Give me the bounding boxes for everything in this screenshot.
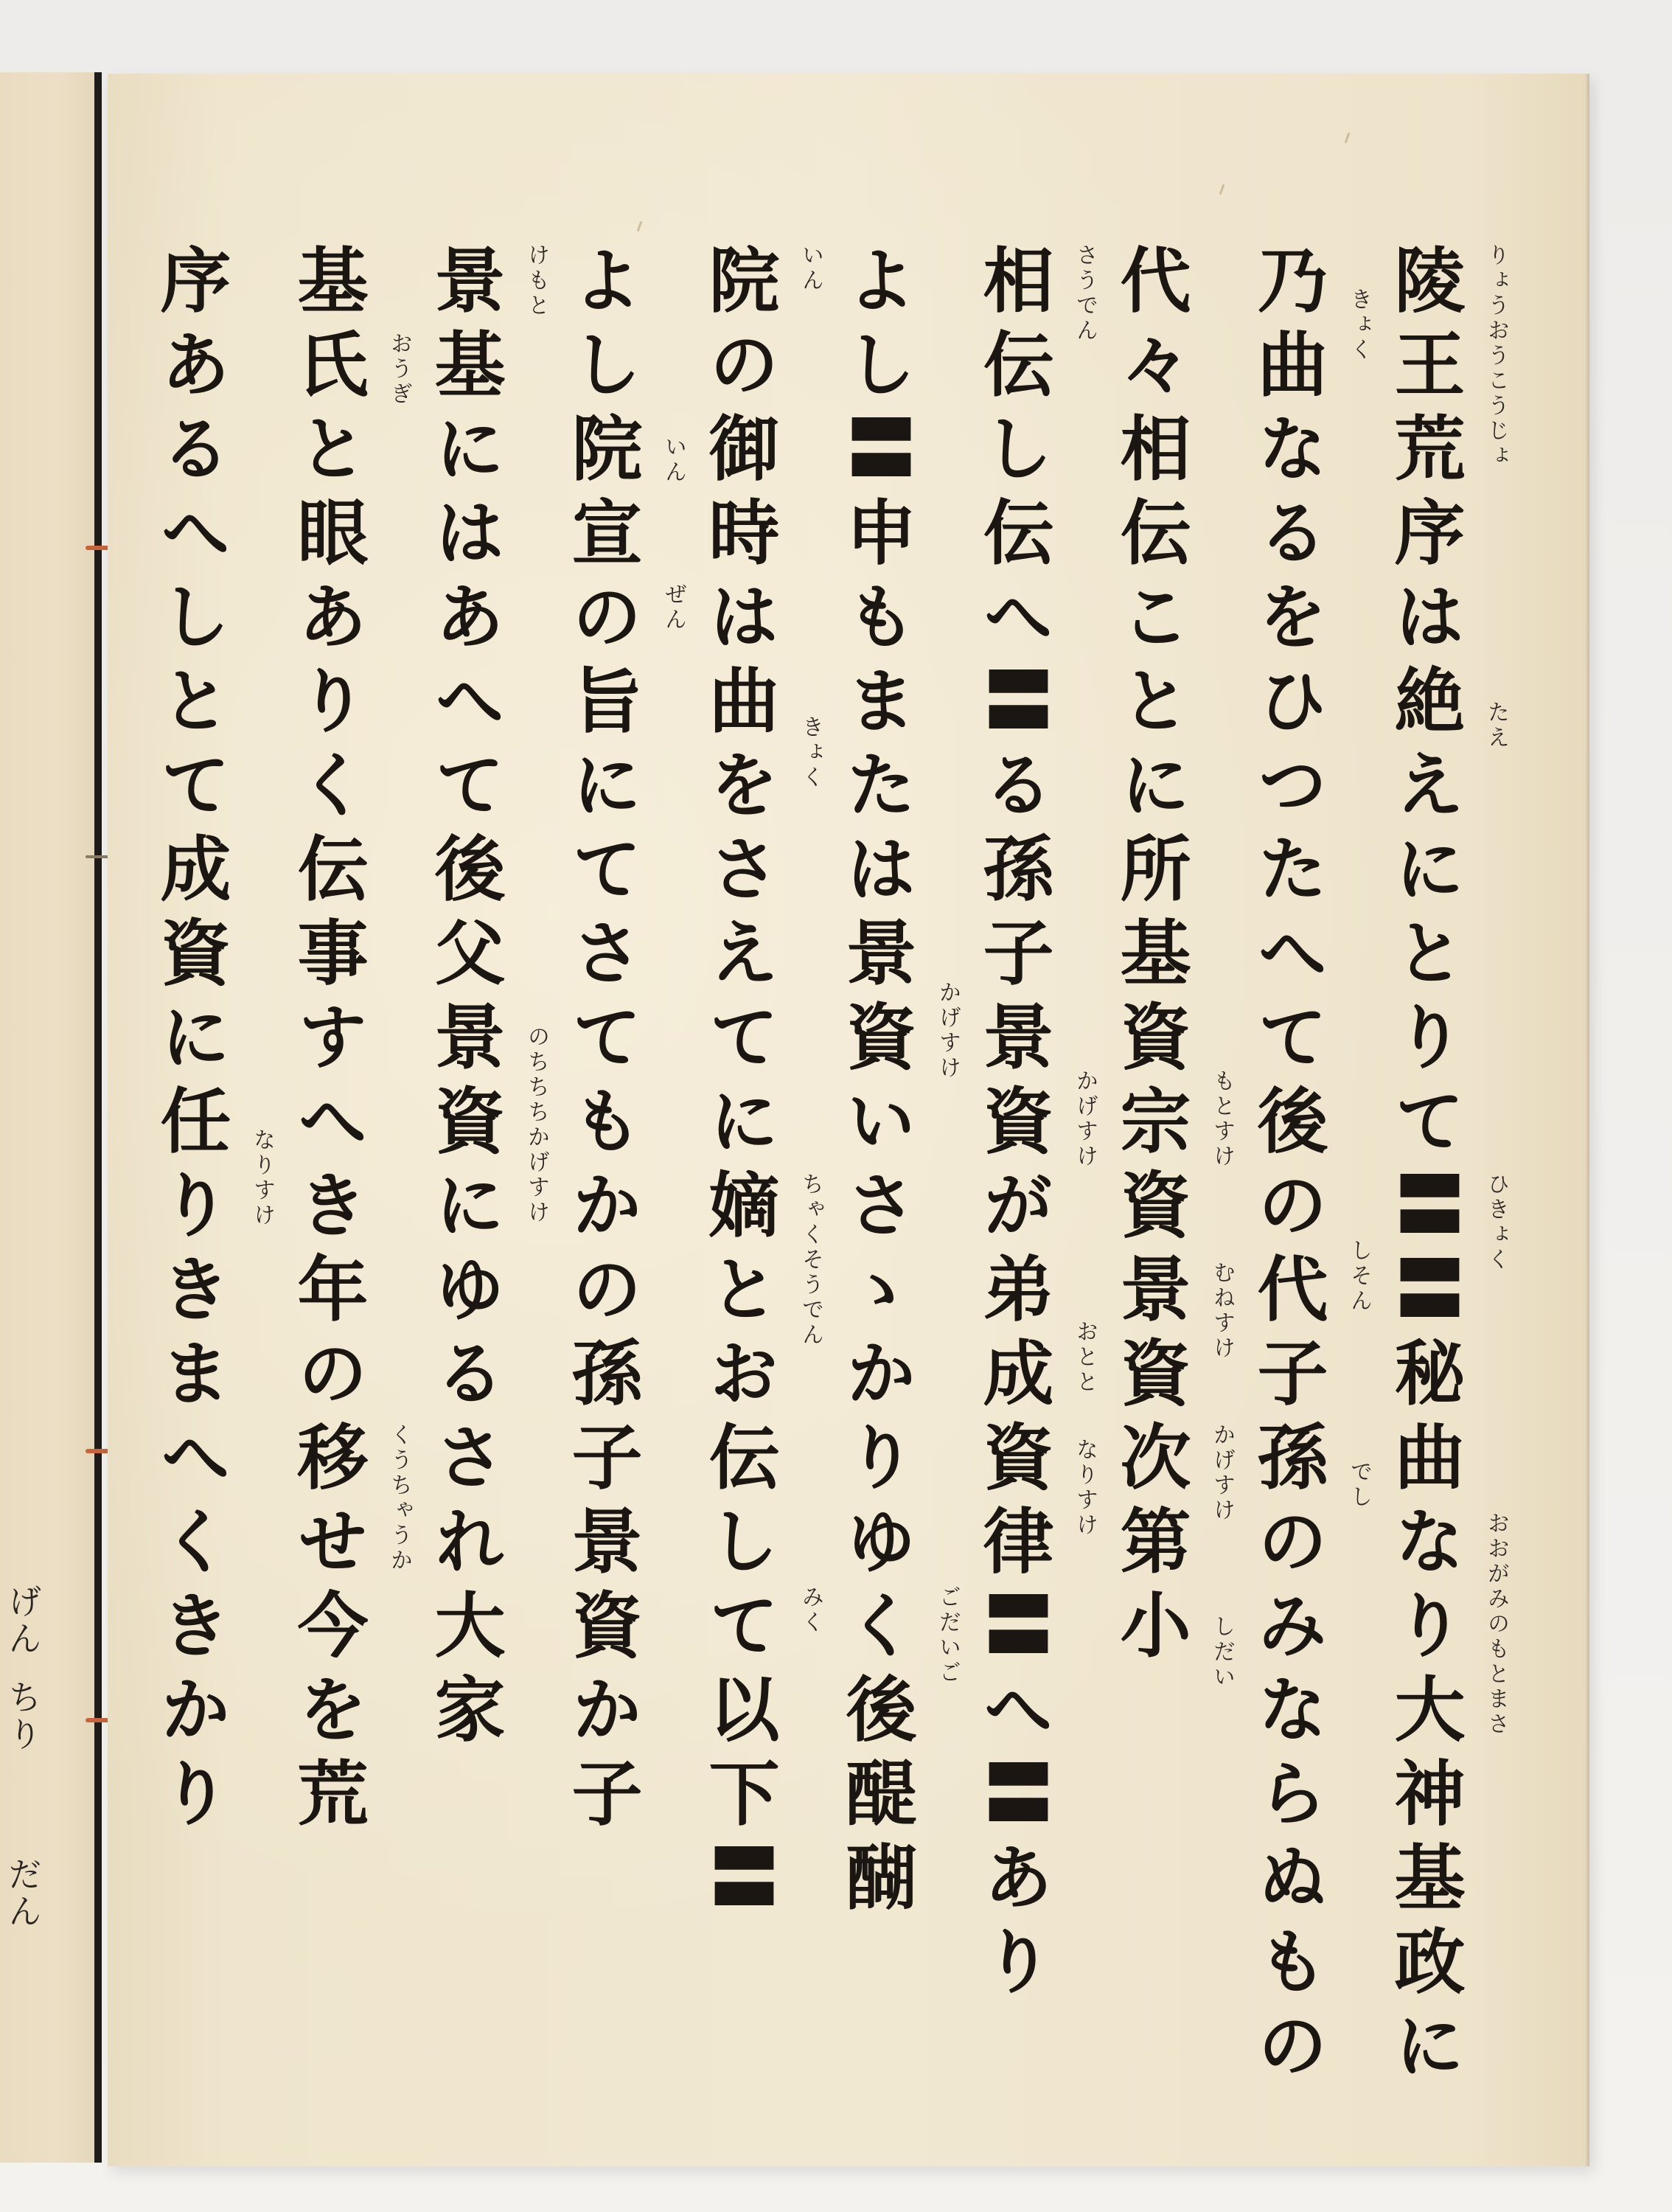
text-column-8: 景基にはあへて後父景資にゆるされ大家 けもと のちちちかげすけ <box>422 243 519 2087</box>
column-main-text: 景基にはあへて後父景資にゆるされ大家 <box>429 243 500 1756</box>
text-column-2: 乃曲なるをひつたへて後の代子孫のみならぬもの きょく しそん でし <box>1244 243 1342 2087</box>
furigana: くうちゃうか <box>388 1423 410 1573</box>
furigana: おおがみのもとまさ <box>1485 1512 1507 1737</box>
furigana: むねすけ <box>1211 1261 1233 1361</box>
text-column-9: 基氏と眼ありく伝事すへき年の移せ今を荒 おうぎ くうちゃうか <box>285 243 382 2087</box>
manuscript-page: 陵王荒序は絶えにとりて〓〓秘曲なり大神基政に りょうおうこうじょ たえ ひきょく… <box>108 74 1589 2166</box>
text-columns: 陵王荒序は絶えにとりて〓〓秘曲なり大神基政に りょうおうこうじょ たえ ひきょく… <box>147 243 1479 2087</box>
furigana: ちゃくそうでん <box>799 1172 821 1348</box>
furigana: たえ <box>1485 700 1507 751</box>
page-edge-shadow <box>1585 74 1589 2166</box>
paper-fleck <box>1219 184 1225 195</box>
previous-page-edge: げん ちり だん <box>0 72 97 2163</box>
text-column-1: 陵王荒序は絶えにとりて〓〓秘曲なり大神基政に りょうおうこうじょ たえ ひきょく… <box>1382 243 1479 2087</box>
left-page-kana-2: ちり <box>6 1680 40 1753</box>
paper-fleck <box>637 221 643 232</box>
text-column-4: 相伝し伝へ〓る孫子景資が弟成資律〓へ〓あり さうでん かげすけ おとと なりすけ <box>970 243 1067 2087</box>
furigana: ぜん <box>662 582 684 633</box>
furigana: でし <box>1348 1460 1370 1510</box>
furigana: ごだいご <box>936 1585 958 1686</box>
furigana: かげすけ <box>936 981 958 1081</box>
column-main-text: 院の御時は曲をさえてに嫡とお伝して以下〓 <box>703 243 774 1924</box>
column-main-text: 乃曲なるをひつたへて後の代子孫のみならぬもの <box>1252 243 1323 2093</box>
furigana: なりすけ <box>251 1128 273 1228</box>
column-main-text: 基氏と眼ありく伝事すへき年の移せ今を荒 <box>292 243 363 1840</box>
furigana: いん <box>662 435 684 485</box>
furigana: ひきょく <box>1485 1172 1507 1273</box>
column-main-text: 序あるへしとて成資に任りきまへくきかり <box>155 243 226 1840</box>
column-main-text: 陵王荒序は絶えにとりて〓〓秘曲なり大神基政に <box>1389 243 1460 2093</box>
column-main-text: よし院宣の旨にてさてもかの孫子景資か子 <box>566 243 637 1840</box>
text-column-10: 序あるへしとて成資に任りきまへくきかり なりすけ <box>147 243 245 2087</box>
text-column-3: 代々相伝ことに所基資宗資景資次第小 もとすけ むねすけ かげすけ しだい <box>1107 243 1205 2087</box>
book-spine <box>94 72 102 2163</box>
furigana: いん <box>799 243 821 293</box>
manuscript-photo: げん ちり だん 陵王荒序は絶えにとりて〓〓秘曲なり大神基政に りょうおうこうじ… <box>0 0 1672 2212</box>
text-column-7: よし院宣の旨にてさてもかの孫子景資か子 いん ぜん <box>559 243 656 2087</box>
paper-fleck <box>1345 133 1351 143</box>
furigana: もとすけ <box>1211 1069 1233 1169</box>
left-page-kana-3: だん <box>6 1857 40 1930</box>
furigana: しそん <box>1348 1239 1370 1314</box>
column-main-text: 相伝し伝へ〓る孫子景資が弟成資律〓へ〓あり <box>978 243 1048 2008</box>
furigana: きょく <box>799 715 821 790</box>
furigana: みく <box>799 1585 821 1635</box>
column-main-text: よし〓申もまたは景資いさゝかりゆく後醍醐 <box>840 243 911 1924</box>
text-column-6: 院の御時は曲をさえてに嫡とお伝して以下〓 いん きょく ちゃくそうでん みく <box>696 243 793 2087</box>
furigana: おうぎ <box>388 332 410 407</box>
furigana: きょく <box>1348 288 1370 363</box>
furigana: けもと <box>525 243 547 319</box>
text-column-5: よし〓申もまたは景資いさゝかりゆく後醍醐 かげすけ ごだいご <box>833 243 930 2087</box>
left-page-kana-1: げん <box>6 1584 40 1658</box>
furigana: しだい <box>1211 1615 1233 1690</box>
furigana: さうでん <box>1073 243 1095 344</box>
furigana: のちちちかげすけ <box>525 1025 547 1225</box>
furigana: なりすけ <box>1073 1438 1095 1538</box>
furigana: かげすけ <box>1211 1423 1233 1523</box>
furigana: おとと <box>1073 1320 1095 1395</box>
furigana: かげすけ <box>1073 1069 1095 1169</box>
column-main-text: 代々相伝ことに所基資宗資景資次第小 <box>1115 243 1185 1672</box>
furigana: りょうおうこうじょ <box>1485 243 1507 469</box>
